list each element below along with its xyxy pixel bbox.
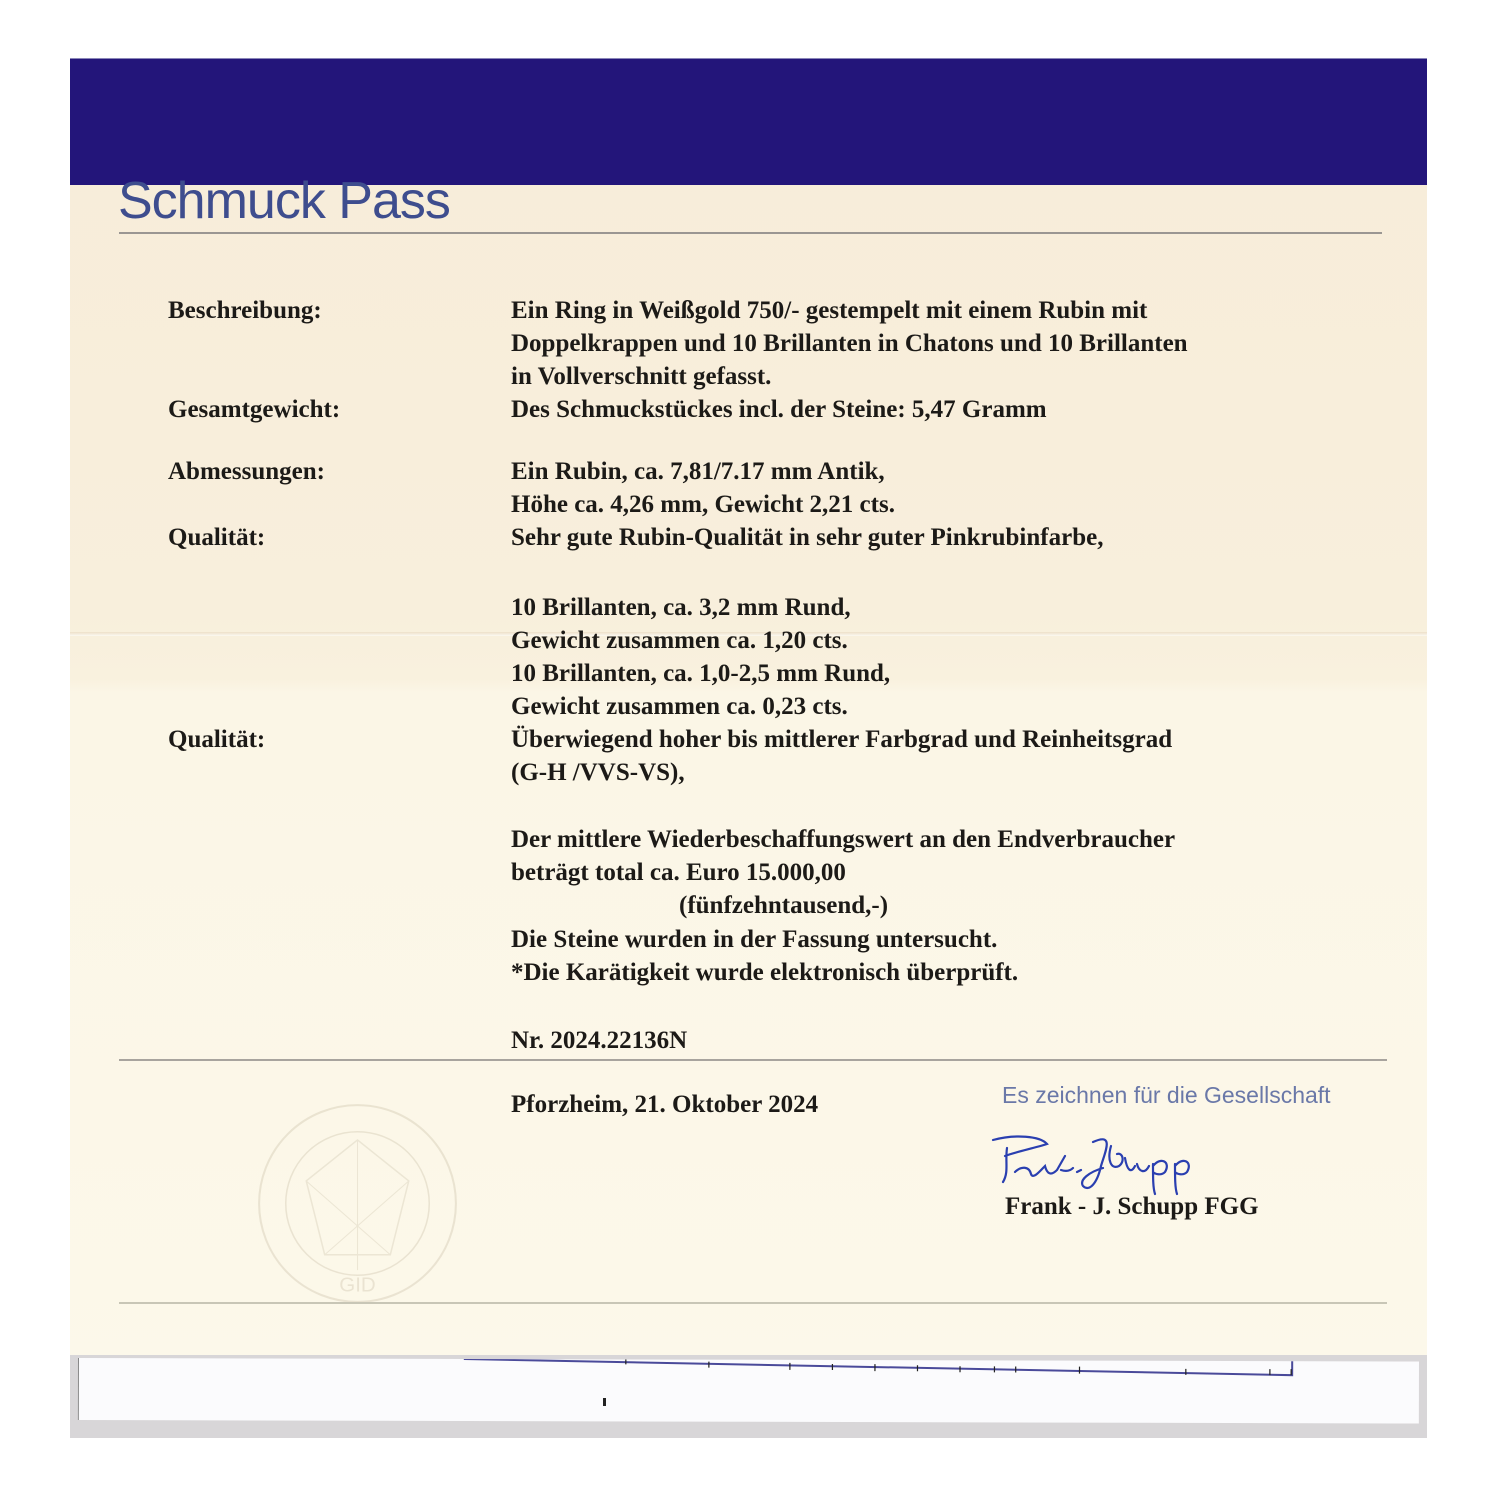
field-value-diamonds-line4: Gewicht zusammen ca. 0,23 cts. <box>511 690 848 723</box>
footer-divider <box>119 1059 1387 1061</box>
field-value-description-line1: Ein Ring in Weißgold 750/- gestempelt mi… <box>511 294 1147 327</box>
valuation-amount-words: (fünfzehntausend,-) <box>679 889 888 922</box>
jewelry-passport-card: Schmuck Pass Beschreibung: Ein Ring in W… <box>70 58 1427 1438</box>
field-value-diamond-quality-line2: (G-H /VVS-VS), <box>511 756 685 789</box>
field-value-dimensions-line2: Höhe ca. 4,26 mm, Gewicht 2,21 cts. <box>511 488 895 521</box>
field-value-ruby-quality: Sehr gute Rubin-Qualität in sehr guter P… <box>511 521 1103 554</box>
certificate-number: Nr. 2024.22136N <box>511 1024 687 1057</box>
field-value-diamonds-line3: 10 Brillanten, ca. 1,0-2,5 mm Rund, <box>511 657 890 690</box>
valuation-note-karat: *Die Karätigkeit wurde elektronisch über… <box>511 956 1018 989</box>
scanned-page: Schmuck Pass Beschreibung: Ein Ring in W… <box>0 0 1500 1500</box>
valuation-line2: beträgt total ca. Euro 15.000,00 <box>511 856 846 889</box>
place-and-date: Pforzheim, 21. Oktober 2024 <box>511 1091 818 1119</box>
svg-text:GID: GID <box>339 1274 375 1297</box>
header-band <box>70 58 1427 185</box>
bottom-divider <box>119 1302 1387 1304</box>
field-label-dimensions: Abmessungen: <box>168 455 325 488</box>
field-label-diamond-quality: Qualität: <box>168 723 265 756</box>
scan-artifact <box>603 1398 606 1406</box>
field-value-description-line2: Doppelkrappen und 10 Brillanten in Chato… <box>511 327 1188 360</box>
document-title: Schmuck Pass <box>118 171 450 231</box>
field-label-total-weight: Gesamtgewicht: <box>168 393 340 426</box>
underlying-paper <box>78 1358 1419 1424</box>
field-value-diamond-quality-line1: Überwiegend hoher bis mittlerer Farbgrad… <box>511 723 1172 756</box>
field-label-ruby-quality: Qualität: <box>168 521 265 554</box>
valuation-note-examined: Die Steine wurden in der Fassung untersu… <box>511 923 997 956</box>
title-divider <box>119 232 1382 234</box>
embossed-seal-icon: GID <box>255 1101 460 1306</box>
field-value-description-line3: in Vollverschnitt gefasst. <box>511 360 771 393</box>
handwritten-signature-icon <box>985 1126 1245 1196</box>
field-label-description: Beschreibung: <box>168 294 322 327</box>
signer-name: Frank - J. Schupp FGG <box>1005 1193 1259 1221</box>
signature-caption: Es zeichnen für die Gesellschaft <box>1002 1082 1331 1109</box>
valuation-line1: Der mittlere Wiederbeschaffungswert an d… <box>511 823 1175 856</box>
ruler-marks-icon <box>79 1358 1427 1422</box>
field-value-total-weight: Des Schmuckstückes incl. der Steine: 5,4… <box>511 393 1047 426</box>
field-value-diamonds-line2: Gewicht zusammen ca. 1,20 cts. <box>511 624 848 657</box>
field-value-diamonds-line1: 10 Brillanten, ca. 3,2 mm Rund, <box>511 591 851 624</box>
field-value-dimensions-line1: Ein Rubin, ca. 7,81/7.17 mm Antik, <box>511 455 885 488</box>
